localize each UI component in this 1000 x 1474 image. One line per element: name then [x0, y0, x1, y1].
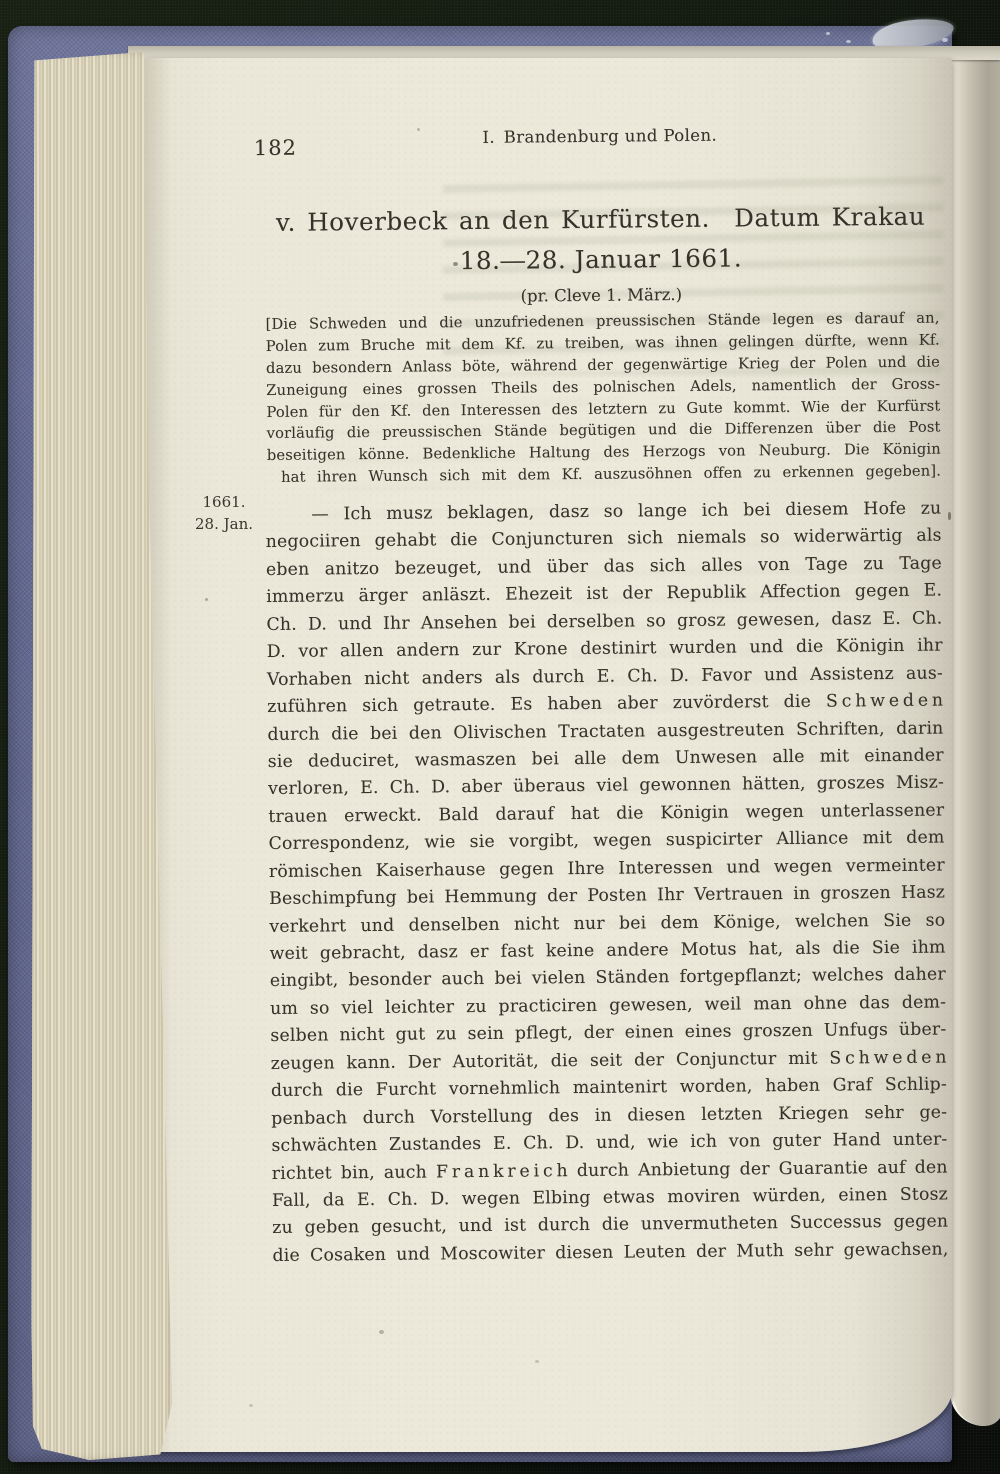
cover-sparkle [826, 32, 830, 35]
paper-speck [205, 598, 208, 601]
paper-speck [948, 512, 951, 520]
letter-heading: v. Hoverbeck an den Kurfürsten. Datum Kr… [262, 202, 938, 237]
body-line: die Cosaken und Moscowiter diesen Leuten… [272, 1239, 948, 1273]
letter-body: — Ich musz beklagen, dasz so lange ich b… [265, 498, 948, 1273]
paper-speck [535, 1360, 539, 1363]
margin-date-year: 1661. [189, 491, 259, 513]
margin-date: 1661. 28. Jan. [189, 491, 259, 535]
cover-sparkle [846, 40, 851, 43]
cover-sparkle [942, 38, 948, 42]
summary-paragraph: [Die Schweden und die unzufriedenen preu… [265, 309, 941, 491]
paper-speck [249, 1404, 253, 1407]
margin-date-day: 28. Jan. [189, 513, 259, 535]
paper-speck [379, 1330, 384, 1334]
receipt-note: (pr. Cleve 1. März.) [263, 283, 939, 308]
book-page: 1661. 28. Jan. 182 I. Brandenburg und Po… [143, 58, 952, 1452]
letter-date-heading: 18.―28. Januar 1661. [263, 242, 939, 277]
running-head: I. Brandenburg und Polen. [262, 124, 938, 149]
gutter-page-edge [950, 54, 1000, 1426]
